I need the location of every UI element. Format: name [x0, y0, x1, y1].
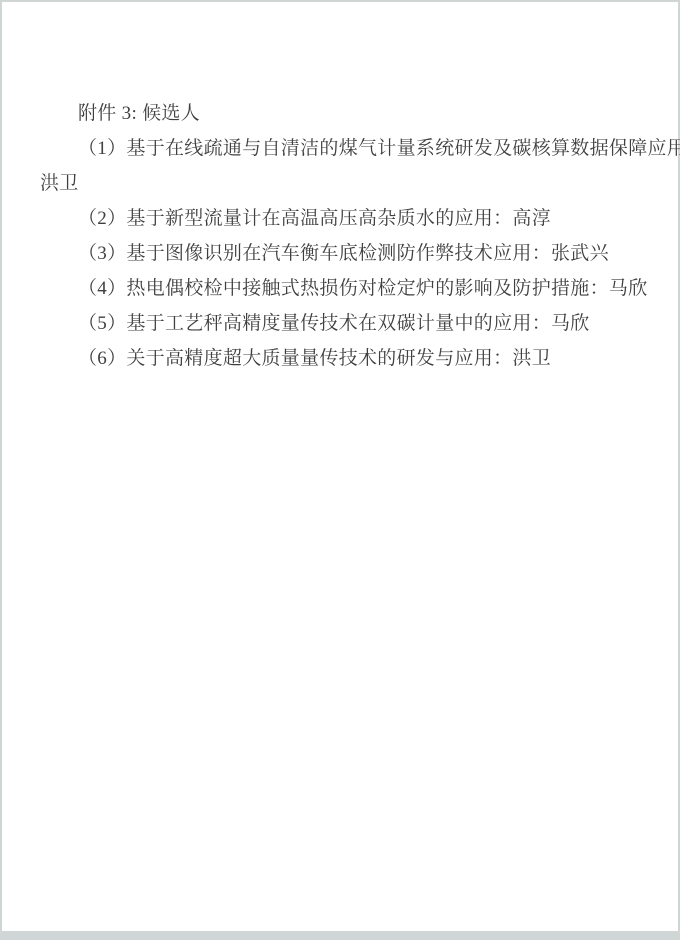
- candidate-item-2: （2）基于新型流量计在高温高压高杂质水的应用：高淳: [40, 201, 642, 236]
- candidate-item-6: （6）关于高精度超大质量量传技术的研发与应用：洪卫: [40, 341, 642, 376]
- document-content: 附件 3: 候选人 （1）基于在线疏通与自清洁的煤气计量系统研发及碳核算数据保障…: [40, 96, 642, 376]
- document-viewer-background: 附件 3: 候选人 （1）基于在线疏通与自清洁的煤气计量系统研发及碳核算数据保障…: [0, 0, 680, 940]
- candidate-item-4: （4）热电偶校检中接触式热损伤对检定炉的影响及防护措施：马欣: [40, 271, 642, 306]
- candidate-item-1-continuation: 洪卫: [40, 166, 642, 201]
- candidate-item-5: （5）基于工艺秤高精度量传技术在双碳计量中的应用：马欣: [40, 306, 642, 341]
- attachment-heading: 附件 3: 候选人: [40, 96, 642, 131]
- document-page: 附件 3: 候选人 （1）基于在线疏通与自清洁的煤气计量系统研发及碳核算数据保障…: [2, 2, 678, 931]
- candidate-item-1: （1）基于在线疏通与自清洁的煤气计量系统研发及碳核算数据保障应用：: [40, 131, 642, 166]
- candidate-item-3: （3）基于图像识别在汽车衡车底检测防作弊技术应用：张武兴: [40, 236, 642, 271]
